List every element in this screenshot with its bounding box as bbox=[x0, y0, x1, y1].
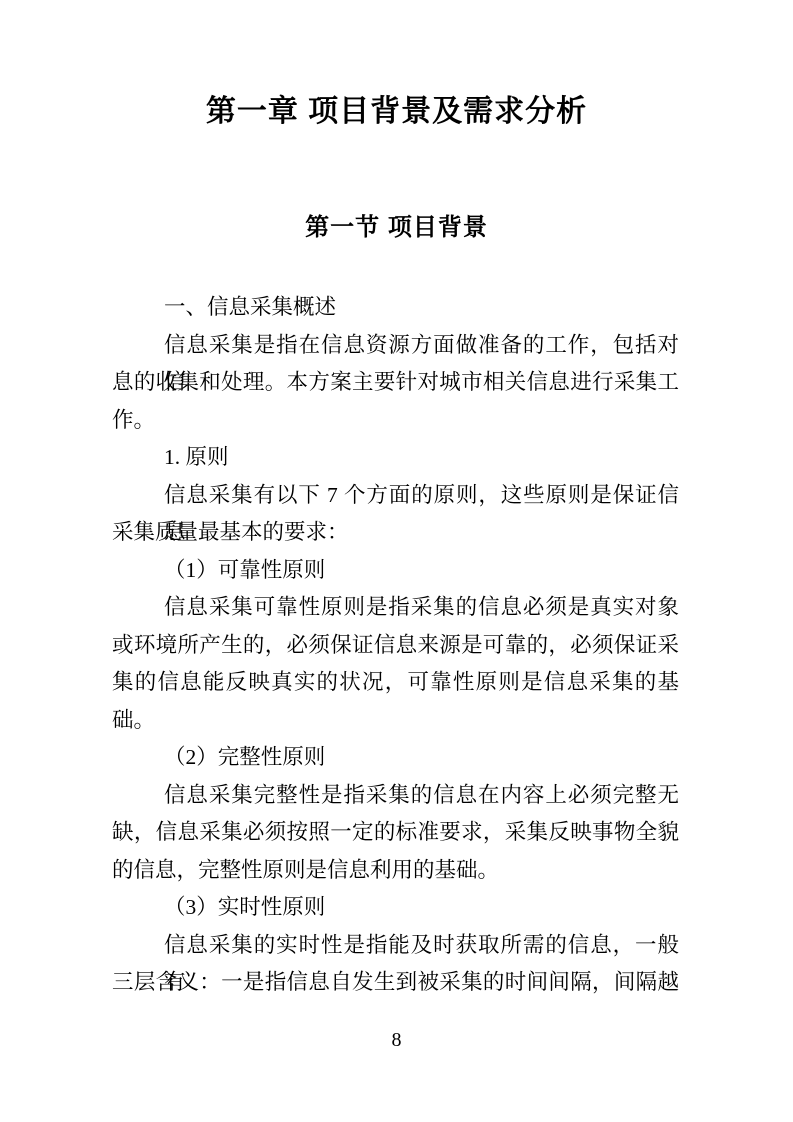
section-title: 第一节 项目背景 bbox=[0, 213, 793, 243]
subheading-realtime-principle: （3）实时性原则 bbox=[112, 889, 679, 927]
body-line: 础。 bbox=[112, 702, 679, 740]
body-line: 采集质量最基本的要求： bbox=[112, 514, 679, 552]
body-line: 集的信息能反映真实的状况，可靠性原则是信息采集的基 bbox=[112, 664, 679, 702]
body-line: 信息采集完整性是指采集的信息在内容上必须完整无 bbox=[112, 777, 679, 815]
body-line: 的信息，完整性原则是信息利用的基础。 bbox=[112, 852, 679, 890]
body-line: 信息采集是指在信息资源方面做准备的工作，包括对信 bbox=[112, 327, 679, 365]
body-line: 信息采集有以下 7 个方面的原则，这些原则是保证信息 bbox=[112, 477, 679, 515]
body-line: 信息采集可靠性原则是指采集的信息必须是真实对象 bbox=[112, 589, 679, 627]
body-line: 作。 bbox=[112, 402, 679, 440]
body-line: 息的收集和处理。本方案主要针对城市相关信息进行采集工 bbox=[112, 364, 679, 402]
document-page: 第一章 项目背景及需求分析 第一节 项目背景 一、信息采集概述 信息采集是指在信… bbox=[0, 0, 793, 1122]
chapter-title: 第一章 项目背景及需求分析 bbox=[0, 0, 793, 130]
subheading-completeness-principle: （2）完整性原则 bbox=[112, 739, 679, 777]
body-line: 或环境所产生的，必须保证信息来源是可靠的，必须保证采 bbox=[112, 627, 679, 665]
body-line: 缺，信息采集必须按照一定的标准要求，采集反映事物全貌 bbox=[112, 814, 679, 852]
subheading-info-collection-overview: 一、信息采集概述 bbox=[112, 289, 679, 327]
page-number: 8 bbox=[0, 1026, 793, 1054]
body-line: 信息采集的实时性是指能及时获取所需的信息，一般有 bbox=[112, 927, 679, 965]
subheading-reliability-principle: （1）可靠性原则 bbox=[112, 552, 679, 590]
body-text: 一、信息采集概述 信息采集是指在信息资源方面做准备的工作，包括对信 息的收集和处… bbox=[0, 289, 793, 1002]
body-line: 三层含义：一是指信息自发生到被采集的时间间隔，间隔越 bbox=[112, 964, 679, 1002]
subheading-principles: 1. 原则 bbox=[112, 439, 679, 477]
